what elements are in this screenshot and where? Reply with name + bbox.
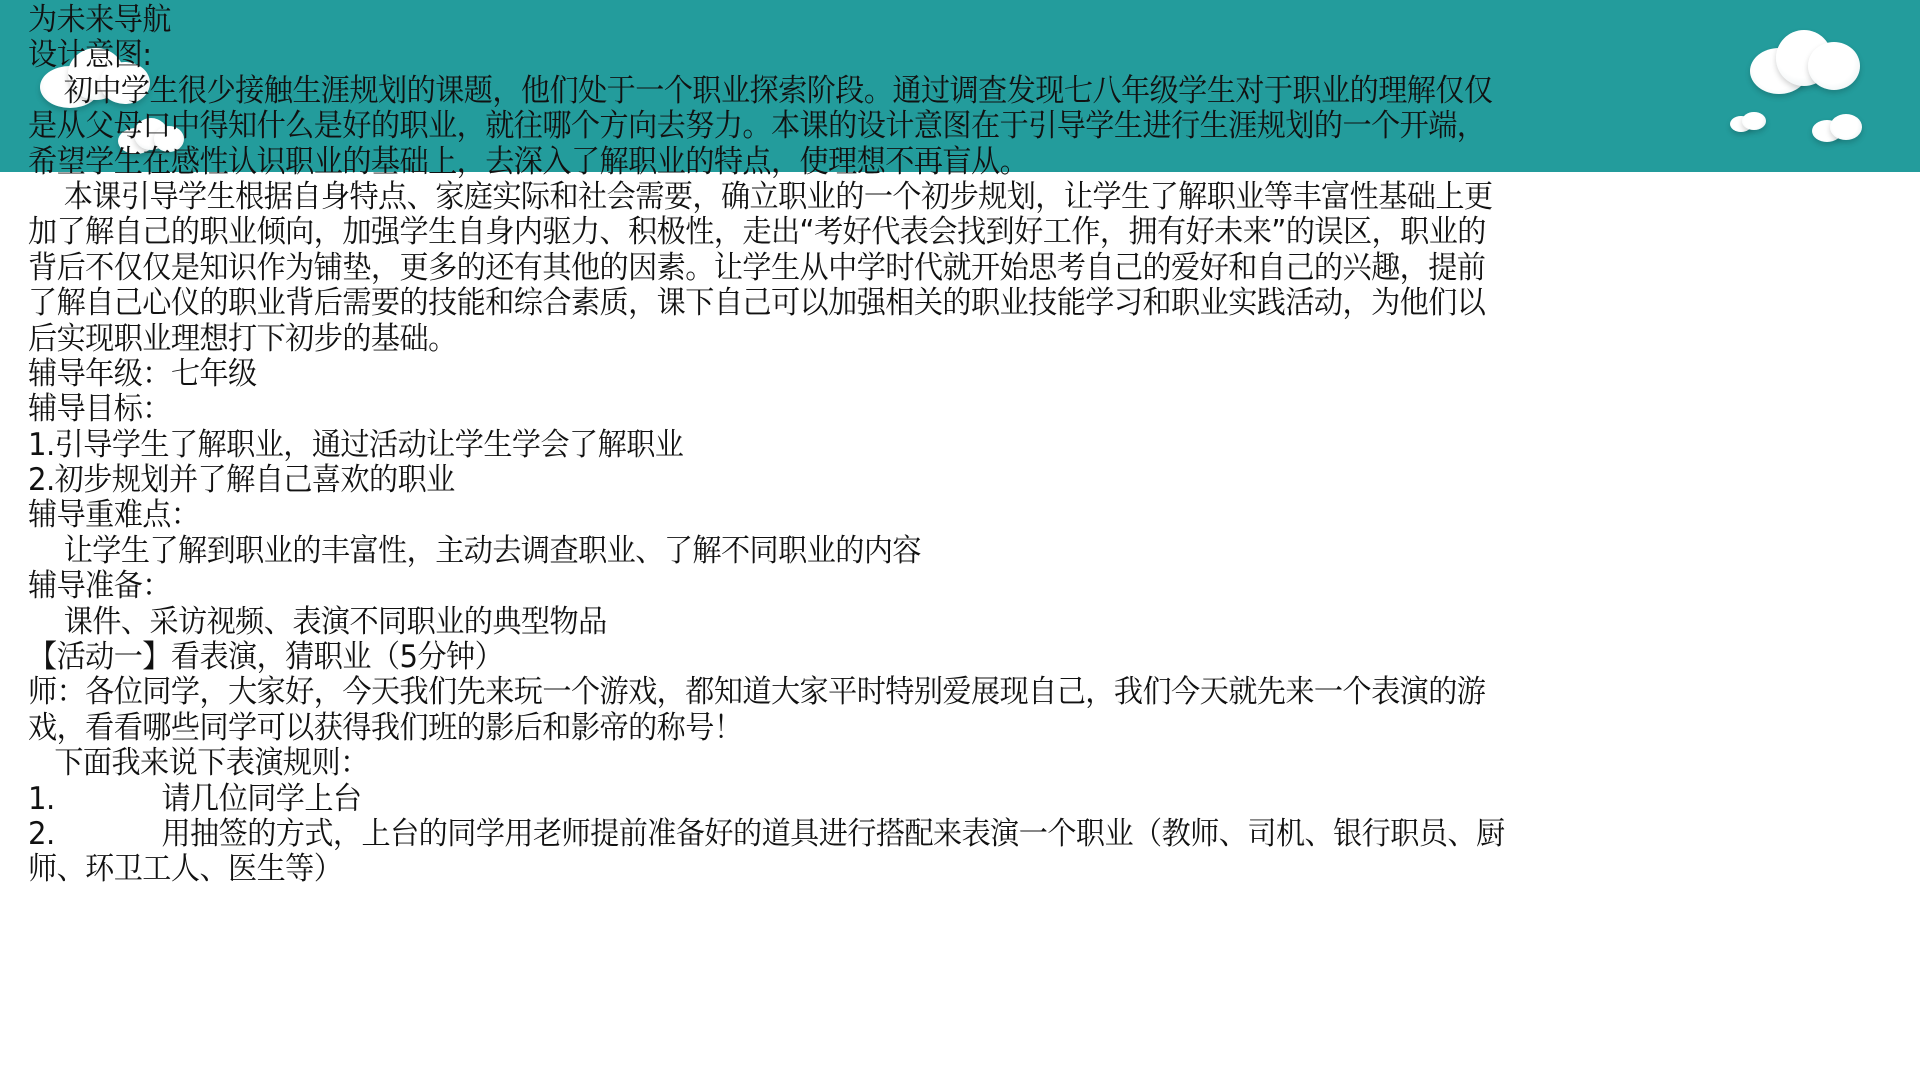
- document-page: 为未来导航 设计意图: 初中学生很少接触生涯规划的课题，他们处于一个职业探索阶段…: [0, 0, 1920, 1080]
- rules-intro: 下面我来说下表演规则：: [28, 746, 1786, 781]
- teacher-line: 戏，看看哪些同学可以获得我们班的影后和影帝的称号！: [28, 711, 1786, 746]
- paragraph-line: 背后不仅仅是知识作为铺垫，更多的还有其他的因素。让学生从中学时代就开始思考自己的…: [28, 251, 1786, 286]
- paragraph-line: 是从父母口中得知什么是好的职业，就往哪个方向去努力。本课的设计意图在于引导学生进…: [28, 109, 1786, 144]
- teacher-line: 师：各位同学，大家好，今天我们先来玩一个游戏，都知道大家平时特别爱展现自己，我们…: [28, 675, 1786, 710]
- rule-continuation: 师、环卫工人、医生等）: [28, 852, 1786, 887]
- rule-item: 1.请几位同学上台: [28, 782, 1786, 817]
- rule-number: 1.: [28, 782, 161, 817]
- activity-heading: 【活动一】看表演，猜职业（5分钟）: [28, 640, 1786, 675]
- rule-number: 2.: [28, 817, 161, 852]
- section-heading-key-points: 辅导重难点：: [28, 498, 1786, 533]
- preparation-text: 课件、采访视频、表演不同职业的典型物品: [28, 605, 1786, 640]
- section-heading-preparation: 辅导准备：: [28, 569, 1786, 604]
- paragraph-line: 本课引导学生根据自身特点、家庭实际和社会需要，确立职业的一个初步规划，让学生了解…: [28, 180, 1786, 215]
- paragraph-line: 了解自己心仪的职业背后需要的技能和综合素质，课下自己可以加强相关的职业技能学习和…: [28, 286, 1786, 321]
- paragraph-line: 加了解自己的职业倾向，加强学生自身内驱力、积极性，走出“考好代表会找到好工作，拥…: [28, 215, 1786, 250]
- section-heading-goals: 辅导目标：: [28, 392, 1786, 427]
- grade-line: 辅导年级：七年级: [28, 357, 1786, 392]
- rule-text: 用抽签的方式，上台的同学用老师提前准备好的道具进行搭配来表演一个职业（教师、司机…: [161, 816, 1504, 852]
- goal-item: 1.引导学生了解职业，通过活动让学生学会了解职业: [28, 428, 1786, 463]
- rule-item: 2.用抽签的方式，上台的同学用老师提前准备好的道具进行搭配来表演一个职业（教师、…: [28, 817, 1786, 852]
- goal-item: 2.初步规划并了解自己喜欢的职业: [28, 463, 1786, 498]
- paragraph-line: 初中学生很少接触生涯规划的课题，他们处于一个职业探索阶段。通过调查发现七八年级学…: [28, 74, 1786, 109]
- paragraph-line: 后实现职业理想打下初步的基础。: [28, 322, 1786, 357]
- section-heading-design-intent: 设计意图:: [28, 38, 1786, 73]
- rule-text: 请几位同学上台: [161, 781, 361, 817]
- key-points-text: 让学生了解到职业的丰富性，主动去调查职业、了解不同职业的内容: [28, 534, 1786, 569]
- document-body: 为未来导航 设计意图: 初中学生很少接触生涯规划的课题，他们处于一个职业探索阶段…: [28, 3, 1898, 888]
- document-title: 为未来导航: [28, 3, 1786, 38]
- paragraph-line: 希望学生在感性认识职业的基础上，去深入了解职业的特点，使理想不再盲从。: [28, 145, 1786, 180]
